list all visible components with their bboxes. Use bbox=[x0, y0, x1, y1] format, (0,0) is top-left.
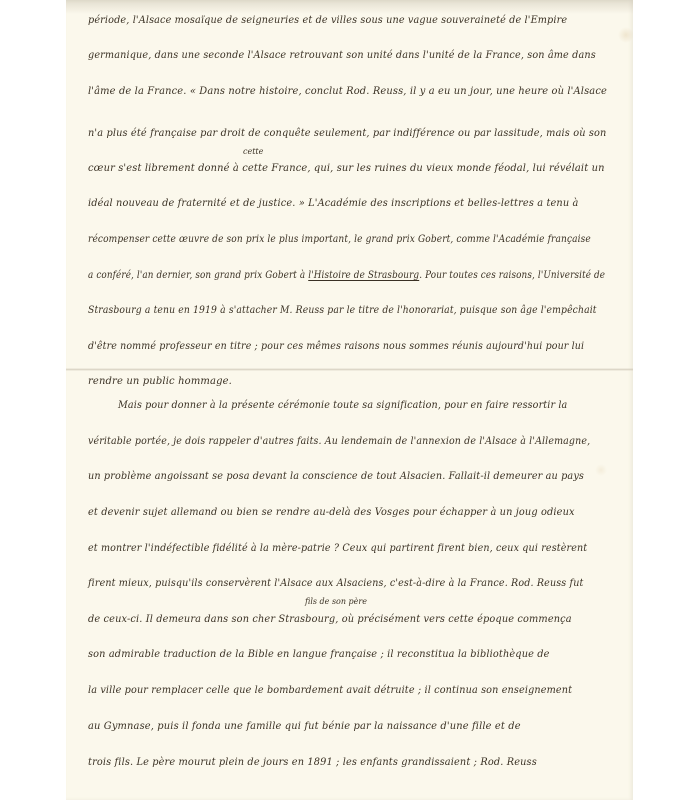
line-text: . Pour toutes ces raisons, l'Université … bbox=[419, 269, 605, 281]
manuscript-line: d'être nommé professeur en titre ; pour … bbox=[88, 340, 584, 352]
line-text: a conféré, l'an dernier, son grand prix … bbox=[88, 269, 308, 281]
manuscript-line: cœur s'est librement donné à cette Franc… bbox=[88, 162, 605, 174]
interlinear-insertion: fils de son père bbox=[305, 597, 367, 606]
manuscript-line: de ceux-ci. Il demeura dans son cher Str… bbox=[88, 613, 572, 625]
interlinear-insertion: cette bbox=[243, 147, 263, 156]
manuscript-line: rendre un public hommage. bbox=[88, 375, 232, 387]
manuscript-line: a conféré, l'an dernier, son grand prix … bbox=[88, 269, 605, 281]
underlined-title: l'Histoire de Strasbourg bbox=[308, 269, 419, 281]
manuscript-line: la ville pour remplacer celle que le bom… bbox=[88, 684, 572, 696]
manuscript-line: un problème angoissant se posa devant la… bbox=[88, 470, 584, 482]
manuscript-line: et montrer l'indéfectible fidélité à la … bbox=[88, 542, 587, 554]
manuscript-line: et devenir sujet allemand ou bien se ren… bbox=[88, 506, 575, 518]
manuscript-line: n'a plus été française par droit de conq… bbox=[88, 127, 606, 139]
manuscript-line: période, l'Alsace mosaïque de seigneurie… bbox=[88, 14, 567, 26]
manuscript-line: au Gymnase, puis il fonda une famille qu… bbox=[88, 720, 521, 732]
manuscript-line: récompenser cette œuvre de son prix le p… bbox=[88, 233, 591, 245]
manuscript-line: l'âme de la France. « Dans notre histoir… bbox=[88, 85, 607, 97]
manuscript-line: idéal nouveau de fraternité et de justic… bbox=[88, 197, 579, 209]
paper-fold-crease bbox=[66, 368, 633, 371]
manuscript-line: firent mieux, puisqu'ils conservèrent l'… bbox=[88, 577, 583, 589]
manuscript-line: véritable portée, je dois rappeler d'aut… bbox=[88, 435, 590, 447]
manuscript-line: trois fils. Le père mourut plein de jour… bbox=[88, 756, 537, 768]
manuscript-line: Strasbourg a tenu en 1919 à s'attacher M… bbox=[88, 304, 597, 316]
manuscript-line: son admirable traduction de la Bible en … bbox=[88, 648, 550, 660]
manuscript-line: germanique, dans une seconde l'Alsace re… bbox=[88, 49, 596, 61]
manuscript-line: Mais pour donner à la présente cérémonie… bbox=[118, 399, 567, 411]
